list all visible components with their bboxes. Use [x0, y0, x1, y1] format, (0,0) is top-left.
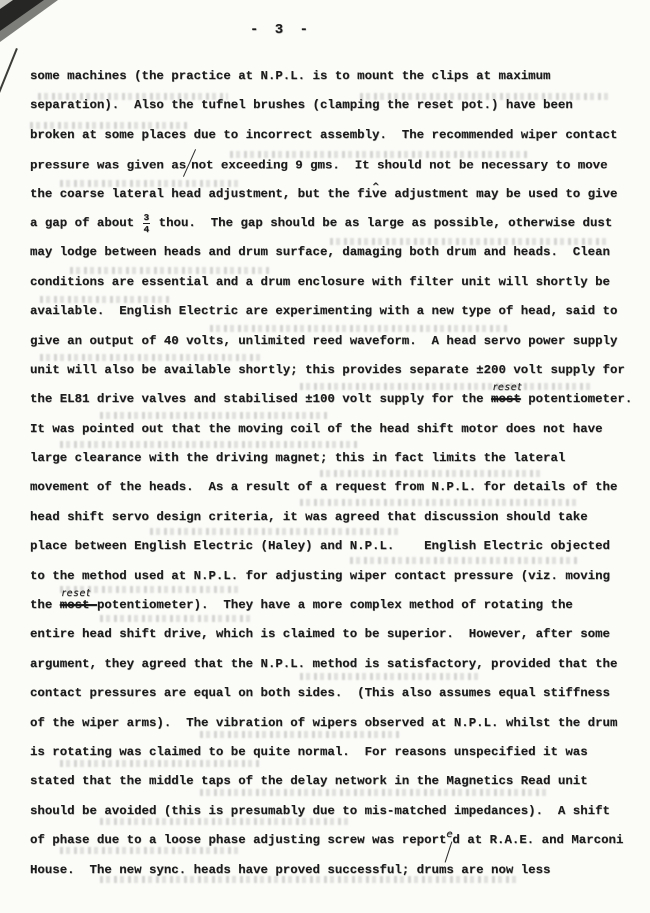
text-line: some machines (the practice at N.P.L. is… — [30, 62, 636, 91]
text-segment: to the method used at N.P.L. for adjusti… — [30, 569, 610, 583]
text-segment: entire head shift drive, which is claime… — [30, 627, 610, 641]
handwritten-correction: reset — [493, 383, 522, 393]
text-segment: of phase due to a loose phase adjusting … — [30, 833, 446, 847]
text-line: separation). Also the tufnel brushes (cl… — [30, 91, 636, 120]
text-segment: stated that the middle taps of the delay… — [30, 774, 588, 788]
text-segment: pressure was given as — [30, 158, 186, 172]
text-line: the EL81 drive valves and stabilised ±10… — [30, 385, 636, 414]
text-segment: not exceeding 9 gms. It should not be ne… — [191, 158, 607, 172]
text-line: should be avoided (this is presumably du… — [30, 797, 636, 826]
text-line: large clearance with the driving magnet;… — [30, 444, 636, 473]
fraction: 34 — [143, 213, 151, 234]
text-line: pressure was given asnot exceeding 9 gms… — [30, 150, 636, 179]
text-line: House. The new sync. heads have proved s… — [30, 856, 636, 885]
text-segment: the coarse lateral head adjustment, but … — [30, 187, 372, 201]
text-segment: It was pointed out that the moving coil … — [30, 422, 603, 436]
text-segment: of the wiper arms). The vibration of wip… — [30, 716, 617, 730]
text-segment: unit will also be available shortly; thi… — [30, 363, 625, 377]
text-segment: e adjustment may be used to give — [379, 187, 617, 201]
text-line: entire head shift drive, which is claime… — [30, 620, 636, 649]
text-line: stated that the middle taps of the delay… — [30, 767, 636, 796]
struck-word: mostreset — [491, 392, 521, 406]
text-segment: argument, they agreed that the N.P.L. me… — [30, 657, 617, 671]
scanned-page: - 3 - some machines (the practice at N.P… — [0, 0, 650, 913]
text-line: movement of the heads. As a result of a … — [30, 473, 636, 502]
text-line: is rotating was claimed to be quite norm… — [30, 738, 636, 767]
handwritten-correction: reset — [62, 589, 91, 599]
text-line: may lodge between heads and drum surface… — [30, 238, 636, 267]
text-segment: d at R.A.E. and Marconi — [452, 833, 623, 847]
text-line: available. English Electric are experime… — [30, 297, 636, 326]
text-segment: potentiometer. — [521, 392, 633, 406]
text-segment: the — [30, 598, 60, 612]
text-segment: head shift servo design criteria, it was… — [30, 510, 588, 524]
text-segment: large clearance with the driving magnet;… — [30, 451, 565, 465]
document-body: some machines (the practice at N.P.L. is… — [30, 62, 636, 885]
text-line: argument, they agreed that the N.P.L. me… — [30, 650, 636, 679]
text-line: unit will also be available shortly; thi… — [30, 356, 636, 385]
text-segment: contact pressures are equal on both side… — [30, 686, 610, 700]
text-segment: may lodge between heads and drum surface… — [30, 245, 610, 259]
text-line: conditions are essential and a drum encl… — [30, 268, 636, 297]
text-segment: available. English Electric are experime… — [30, 304, 617, 318]
text-line: a gap of about 34 thou. The gap should b… — [30, 209, 636, 238]
text-segment: v^ — [372, 187, 379, 201]
text-segment: the EL81 drive valves and stabilised ±10… — [30, 392, 491, 406]
text-line: to the method used at N.P.L. for adjusti… — [30, 562, 636, 591]
text-segment: some machines (the practice at N.P.L. is… — [30, 69, 551, 83]
text-line: broken at some places due to incorrect a… — [30, 121, 636, 150]
text-line: give an output of 40 volts, unlimited re… — [30, 327, 636, 356]
text-line: the coarse lateral head adjustment, but … — [30, 180, 636, 209]
text-line: the most-resetpotentiometer). They have … — [30, 591, 636, 620]
text-segment: separation). Also the tufnel brushes (cl… — [30, 98, 573, 112]
text-segment: conditions are essential and a drum encl… — [30, 275, 610, 289]
struck-word: most-reset — [60, 598, 97, 612]
page-corner-crease — [0, 48, 18, 99]
text-line: It was pointed out that the moving coil … — [30, 415, 636, 444]
text-segment: thou. The gap should be as large as poss… — [151, 216, 612, 230]
text-segment: a gap of about — [30, 216, 142, 230]
text-segment: potentiometer). They have a more complex… — [97, 598, 573, 612]
text-line: of phase due to a loose phase adjusting … — [30, 826, 636, 855]
text-segment: broken at some places due to incorrect a… — [30, 128, 617, 142]
page-number: - 3 - — [250, 22, 308, 38]
text-segment: movement of the heads. As a result of a … — [30, 480, 617, 494]
text-line: contact pressures are equal on both side… — [30, 679, 636, 708]
text-segment: place between English Electric (Haley) a… — [30, 539, 610, 553]
text-line: head shift servo design criteria, it was… — [30, 503, 636, 532]
text-segment: should be avoided (this is presumably du… — [30, 804, 610, 818]
text-line: place between English Electric (Haley) a… — [30, 532, 636, 561]
text-line: of the wiper arms). The vibration of wip… — [30, 709, 636, 738]
handwritten-caret-mark: ^ — [372, 183, 380, 192]
text-segment: House. The new sync. heads have proved s… — [30, 863, 551, 877]
text-segment: give an output of 40 volts, unlimited re… — [30, 334, 617, 348]
text-segment: is rotating was claimed to be quite norm… — [30, 745, 588, 759]
